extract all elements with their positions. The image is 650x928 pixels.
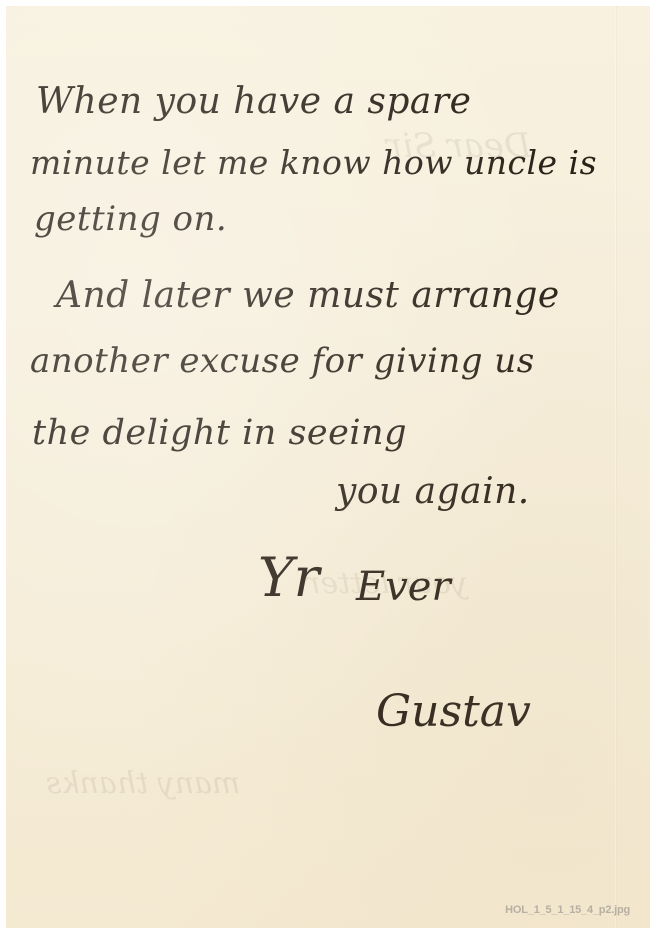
scanned-page: Dear Sir your letter many thanks When yo… (0, 0, 650, 928)
filename-label: HOL_1_5_1_15_4_p2.jpg (505, 904, 630, 916)
letter-paper: Dear Sir your letter many thanks When yo… (6, 6, 650, 928)
letter-line-1: When you have a spare (36, 84, 471, 120)
letter-line-7: you again. (336, 474, 530, 510)
letter-line-3: getting on. (34, 202, 227, 236)
letter-line-6: the delight in seeing (32, 416, 407, 451)
closing-prefix: Yr (258, 546, 319, 609)
letter-line-5: another excuse for giving us (30, 344, 535, 378)
signature-gustav: Gustav (376, 686, 531, 737)
letter-body: When you have a spare minute let me know… (6, 6, 650, 928)
closing-ever: Ever (356, 564, 451, 610)
letter-line-2: minute let me know how uncle is (30, 146, 597, 179)
letter-line-4: And later we must arrange (56, 278, 560, 314)
